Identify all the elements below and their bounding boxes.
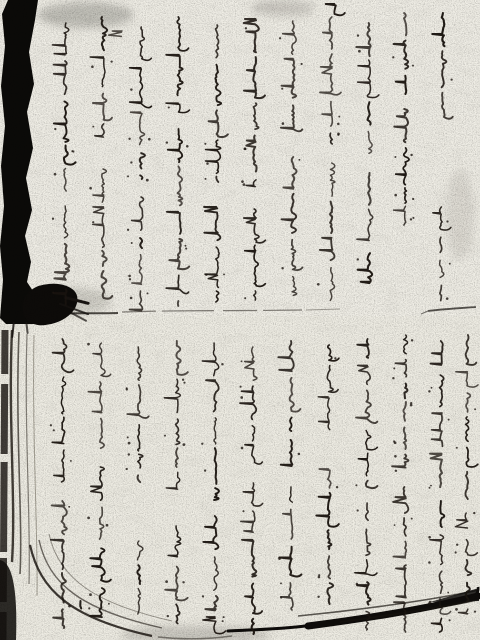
ink-dot bbox=[183, 443, 186, 446]
ink-dot bbox=[88, 607, 90, 609]
ink-dot bbox=[411, 339, 413, 341]
ink-stroke bbox=[64, 206, 68, 238]
ink-stroke bbox=[281, 440, 293, 466]
ink-drip bbox=[64, 296, 90, 305]
ink-stroke bbox=[319, 469, 330, 488]
ink-dot bbox=[92, 126, 94, 128]
ink-stroke bbox=[130, 68, 152, 108]
ink-stroke bbox=[358, 453, 368, 475]
ink-stroke bbox=[166, 472, 180, 489]
ink-stroke bbox=[366, 481, 377, 488]
ink-stroke bbox=[100, 507, 104, 539]
ink-stroke bbox=[54, 61, 67, 94]
ink-stroke bbox=[214, 418, 216, 444]
ink-dot bbox=[87, 517, 90, 520]
ink-stroke bbox=[368, 173, 371, 205]
ink-stroke bbox=[138, 454, 143, 468]
ink-dot bbox=[148, 138, 151, 141]
ink-stroke bbox=[206, 596, 218, 610]
ink-dot bbox=[52, 291, 54, 293]
ink-stroke bbox=[64, 169, 66, 191]
ink-drip bbox=[71, 312, 88, 322]
ink-stroke bbox=[323, 17, 332, 49]
upper-page bbox=[0, 0, 480, 312]
ink-stroke bbox=[316, 493, 339, 527]
ink-stroke bbox=[466, 417, 469, 442]
ink-dot bbox=[429, 601, 432, 604]
scan-smudge bbox=[252, 0, 314, 16]
ink-stroke bbox=[109, 31, 122, 36]
ink-stroke bbox=[206, 380, 219, 411]
ink-stroke bbox=[466, 540, 478, 556]
ink-stroke bbox=[440, 375, 444, 407]
ink-stroke bbox=[214, 488, 219, 500]
ink-dot bbox=[68, 605, 71, 608]
ink-stroke bbox=[241, 511, 255, 532]
ink-stroke bbox=[355, 560, 377, 576]
ink-dot bbox=[130, 161, 132, 163]
ink-dot bbox=[338, 116, 340, 118]
ink-stroke bbox=[215, 65, 221, 105]
bottom-edge-wedge bbox=[430, 588, 479, 602]
ink-stroke bbox=[396, 565, 406, 597]
ink-dot bbox=[204, 178, 206, 180]
ink-dot bbox=[126, 388, 128, 390]
ink-stroke bbox=[442, 93, 453, 119]
ink-dot bbox=[110, 60, 112, 62]
left-page-edges bbox=[18, 332, 21, 574]
ink-dot bbox=[393, 367, 395, 369]
ink-stroke bbox=[203, 617, 226, 634]
ink-dot bbox=[449, 263, 451, 265]
ink-dot bbox=[395, 470, 397, 472]
ink-dot bbox=[166, 141, 168, 143]
ink-dot bbox=[412, 217, 414, 219]
ink-stroke bbox=[51, 540, 64, 569]
ink-stroke bbox=[132, 197, 144, 230]
ink-dot bbox=[355, 484, 357, 486]
ink-stroke bbox=[215, 448, 217, 484]
ink-stroke bbox=[176, 419, 180, 444]
ink-dot bbox=[206, 162, 209, 165]
ink-dot bbox=[317, 283, 320, 286]
ink-stroke bbox=[432, 13, 444, 46]
ink-dot bbox=[428, 561, 431, 564]
ink-stroke bbox=[358, 253, 372, 283]
ink-dot bbox=[474, 611, 476, 613]
ink-stroke bbox=[290, 418, 292, 432]
ink-stroke bbox=[90, 57, 105, 87]
ink-dot bbox=[91, 65, 94, 68]
ink-dot bbox=[245, 27, 247, 29]
ink-stroke bbox=[466, 335, 477, 365]
ink-stroke bbox=[131, 112, 145, 144]
ink-dot bbox=[221, 363, 223, 365]
ink-dot bbox=[410, 218, 412, 220]
ink-dot bbox=[201, 443, 203, 445]
ink-dot bbox=[430, 485, 432, 487]
ink-stroke bbox=[209, 110, 228, 137]
ink-dot bbox=[394, 455, 397, 458]
ink-dot bbox=[205, 273, 208, 276]
ink-dot bbox=[448, 419, 450, 421]
ink-dot bbox=[87, 343, 90, 346]
ink-drip bbox=[11, 322, 15, 338]
ink-dot bbox=[223, 616, 225, 618]
ink-stroke bbox=[466, 393, 470, 412]
ink-stroke bbox=[168, 129, 182, 162]
ink-dot bbox=[126, 387, 128, 389]
ink-stroke bbox=[52, 417, 64, 443]
ink-dot bbox=[280, 596, 282, 598]
manuscript-scan bbox=[0, 0, 480, 640]
ink-stroke bbox=[392, 455, 408, 468]
ink-stroke bbox=[466, 448, 477, 467]
ink-stroke bbox=[245, 584, 262, 614]
left-page-edges bbox=[3, 330, 5, 640]
ink-dot bbox=[127, 436, 129, 438]
ink-dot bbox=[317, 596, 319, 598]
ink-dot bbox=[410, 402, 412, 404]
bottom-book-edge bbox=[228, 625, 312, 631]
ink-stroke bbox=[88, 382, 102, 413]
ink-stroke bbox=[403, 402, 406, 421]
ink-stroke bbox=[357, 209, 373, 240]
ink-stroke bbox=[358, 60, 379, 97]
ink-stroke bbox=[328, 345, 339, 361]
ink-stroke bbox=[254, 103, 259, 129]
ink-dot bbox=[446, 297, 449, 300]
ink-dot bbox=[106, 524, 109, 527]
ink-stroke bbox=[127, 385, 149, 418]
ink-stroke bbox=[216, 291, 219, 302]
scan-smudge bbox=[38, 2, 133, 28]
ink-dot bbox=[449, 619, 451, 621]
ink-dot bbox=[92, 221, 94, 223]
ink-stroke bbox=[404, 335, 408, 354]
ink-dot bbox=[222, 620, 224, 622]
ink-dot bbox=[334, 357, 336, 359]
ink-dot bbox=[72, 150, 74, 152]
ink-stroke bbox=[290, 487, 293, 502]
ink-stroke bbox=[281, 105, 302, 131]
ink-stroke bbox=[356, 390, 377, 423]
ink-stroke bbox=[459, 609, 468, 614]
ink-stroke bbox=[166, 103, 190, 113]
bottom-edge-hook bbox=[470, 587, 478, 600]
ink-dot bbox=[130, 297, 133, 300]
ink-stroke bbox=[466, 583, 470, 602]
ink-dot bbox=[182, 581, 184, 583]
scan-smudge bbox=[40, 288, 110, 314]
ink-dot bbox=[394, 194, 397, 197]
ink-dot bbox=[318, 574, 320, 576]
ink-stroke bbox=[254, 291, 256, 300]
ink-dot bbox=[394, 524, 396, 526]
ink-dot bbox=[455, 608, 458, 611]
ink-dot bbox=[89, 593, 92, 596]
left-page-edges bbox=[26, 334, 29, 584]
ink-stroke bbox=[138, 425, 140, 451]
ink-dot bbox=[394, 156, 396, 158]
ink-stroke bbox=[93, 343, 111, 377]
ink-stroke bbox=[404, 384, 407, 399]
ink-stroke bbox=[216, 25, 219, 58]
ink-stroke bbox=[138, 541, 143, 560]
ink-dot bbox=[241, 180, 244, 183]
ink-stroke bbox=[140, 175, 142, 179]
ink-dot bbox=[394, 441, 397, 444]
ink-stroke bbox=[167, 212, 181, 234]
ink-dot bbox=[357, 509, 359, 511]
ink-stroke bbox=[442, 51, 447, 87]
ink-stroke bbox=[432, 618, 443, 632]
ink-stroke bbox=[100, 419, 104, 449]
ink-dot bbox=[281, 88, 283, 90]
ink-stroke bbox=[204, 207, 220, 240]
ink-stroke bbox=[93, 207, 104, 247]
ink-dot bbox=[456, 447, 458, 449]
ink-stroke bbox=[93, 169, 106, 202]
ink-dot bbox=[127, 175, 129, 177]
ink-dot bbox=[244, 297, 246, 299]
ink-dot bbox=[127, 229, 129, 231]
ink-dot bbox=[428, 536, 431, 539]
ink-stroke bbox=[53, 289, 66, 304]
tonal-mottle bbox=[0, 0, 480, 640]
ink-dot bbox=[318, 576, 321, 579]
ink-dot bbox=[429, 487, 431, 489]
ink-stroke bbox=[320, 54, 341, 95]
ink-stroke bbox=[396, 76, 406, 94]
ink-stroke bbox=[292, 240, 303, 270]
ink-stroke bbox=[394, 41, 409, 69]
ink-stroke bbox=[396, 148, 409, 185]
ink-dot bbox=[473, 512, 475, 514]
ink-stroke bbox=[430, 454, 442, 488]
gutter-crease-line bbox=[122, 310, 302, 312]
ink-stroke bbox=[394, 602, 406, 632]
ink-stroke bbox=[205, 247, 219, 287]
ink-dot bbox=[428, 602, 430, 604]
ink-stroke bbox=[318, 397, 330, 430]
ink-dot bbox=[412, 65, 414, 67]
ink-stroke bbox=[164, 379, 180, 412]
ink-stroke bbox=[169, 239, 189, 269]
ink-stroke bbox=[456, 372, 478, 387]
corner-curl bbox=[39, 540, 162, 628]
ink-stroke bbox=[176, 448, 178, 467]
ink-stroke bbox=[440, 260, 444, 277]
ink-dot bbox=[447, 592, 449, 594]
ink-stroke bbox=[440, 598, 451, 614]
ink-stroke bbox=[404, 13, 407, 35]
ink-stroke bbox=[456, 513, 468, 528]
ink-dot bbox=[280, 582, 282, 584]
ink-stroke bbox=[93, 94, 112, 121]
ink-stroke bbox=[440, 285, 441, 300]
ink-dot bbox=[53, 429, 55, 431]
ink-dot bbox=[70, 460, 72, 462]
ink-stroke bbox=[330, 268, 334, 301]
ink-stroke bbox=[330, 133, 332, 144]
ink-stroke bbox=[80, 601, 81, 609]
ink-stroke bbox=[394, 206, 406, 225]
ink-dot bbox=[71, 150, 73, 152]
ink-dot bbox=[182, 379, 184, 381]
ink-stroke bbox=[214, 557, 218, 590]
bottom-book-edge bbox=[298, 590, 479, 616]
ink-stroke bbox=[322, 102, 332, 127]
ink-dot bbox=[223, 273, 225, 275]
ink-stroke bbox=[137, 565, 140, 584]
ink-dot bbox=[50, 424, 52, 426]
ink-dot bbox=[431, 387, 433, 389]
ink-stroke bbox=[178, 166, 183, 205]
scan-smudge bbox=[446, 170, 474, 260]
ink-stroke bbox=[245, 445, 262, 464]
ink-dot bbox=[474, 408, 476, 410]
ink-dot bbox=[337, 132, 340, 135]
ink-stroke bbox=[245, 245, 266, 286]
ink-dot bbox=[357, 34, 359, 36]
ink-dot bbox=[337, 123, 340, 126]
ink-stroke bbox=[368, 102, 371, 124]
gutter-crease-hook bbox=[421, 311, 428, 314]
ink-stroke bbox=[252, 426, 254, 441]
ink-dot bbox=[298, 159, 300, 161]
ink-stroke bbox=[465, 472, 468, 499]
ink-stroke bbox=[395, 360, 406, 377]
left-page-edges bbox=[34, 335, 38, 596]
ink-stroke bbox=[244, 19, 259, 52]
ink-stroke bbox=[55, 244, 70, 280]
corner-curl bbox=[30, 545, 152, 636]
ink-stroke bbox=[216, 177, 218, 183]
scan-smudge bbox=[120, 626, 270, 640]
gutter-crease-line bbox=[306, 309, 340, 310]
ink-dot bbox=[183, 382, 185, 384]
book-structure bbox=[0, 0, 480, 640]
ink-dot bbox=[204, 469, 206, 471]
ink-stroke bbox=[245, 347, 257, 380]
ink-dot bbox=[392, 377, 394, 379]
ink-dot bbox=[282, 122, 285, 125]
ink-dot bbox=[52, 218, 54, 220]
ink-dot bbox=[128, 442, 131, 445]
ink-stroke bbox=[176, 341, 187, 375]
ink-stroke bbox=[357, 582, 370, 604]
ink-stroke bbox=[61, 573, 66, 603]
ink-stroke bbox=[53, 609, 64, 628]
corner-ink-blotch bbox=[0, 560, 16, 640]
ink-stroke bbox=[439, 571, 442, 593]
ink-dot bbox=[450, 78, 452, 80]
ink-dot bbox=[68, 506, 70, 508]
ink-stroke bbox=[366, 431, 378, 450]
bottom-book-edge bbox=[308, 596, 478, 626]
ink-dot bbox=[298, 453, 301, 456]
ink-stroke bbox=[326, 4, 345, 15]
ink-dot bbox=[108, 603, 110, 605]
ink-stroke bbox=[292, 277, 297, 296]
ink-stroke bbox=[366, 612, 370, 631]
ink-dot bbox=[165, 580, 168, 583]
corner-curl bbox=[158, 636, 232, 639]
ink-stroke bbox=[279, 547, 301, 577]
ink-dot bbox=[131, 242, 133, 244]
ink-dot bbox=[240, 396, 243, 399]
ink-dot bbox=[240, 386, 242, 388]
ink-dot bbox=[281, 267, 283, 269]
ink-stroke bbox=[90, 588, 105, 617]
ink-stroke bbox=[138, 475, 141, 482]
ink-drip bbox=[25, 322, 28, 334]
ink-stroke bbox=[138, 589, 141, 614]
ink-dot bbox=[128, 138, 130, 140]
ink-dot bbox=[454, 551, 456, 553]
ink-drip bbox=[59, 303, 90, 316]
ink-stroke bbox=[368, 132, 372, 154]
ink-stroke bbox=[393, 542, 406, 558]
ink-stroke bbox=[140, 27, 151, 60]
ink-dot bbox=[410, 404, 413, 407]
ink-stroke bbox=[95, 124, 104, 137]
ink-dot bbox=[279, 37, 281, 39]
ink-stroke bbox=[283, 509, 293, 539]
ink-stroke bbox=[358, 366, 370, 385]
ink-stroke bbox=[102, 251, 107, 266]
ink-dot bbox=[204, 143, 206, 145]
ink-stroke bbox=[203, 516, 218, 549]
ink-stroke bbox=[54, 450, 64, 482]
ink-dot bbox=[243, 183, 246, 186]
ink-stroke bbox=[440, 237, 442, 252]
ink-dot bbox=[446, 220, 448, 222]
ink-stroke bbox=[282, 59, 297, 98]
ink-stroke bbox=[101, 17, 107, 50]
ink-stroke bbox=[440, 501, 444, 527]
ink-stroke bbox=[102, 271, 113, 299]
bottom-book-edge bbox=[340, 599, 479, 622]
ink-stroke bbox=[166, 55, 183, 95]
ink-dot bbox=[358, 50, 361, 53]
ink-dot bbox=[241, 360, 243, 362]
ink-stroke bbox=[240, 386, 256, 419]
ink-stroke bbox=[178, 301, 179, 306]
ink-stroke bbox=[327, 530, 331, 549]
ink-dot bbox=[241, 447, 244, 450]
ink-stroke bbox=[320, 238, 335, 260]
ink-stroke bbox=[330, 202, 332, 233]
ink-dot bbox=[393, 440, 395, 442]
ink-stroke bbox=[366, 503, 368, 520]
ink-dot bbox=[336, 486, 338, 488]
ink-dot bbox=[337, 134, 339, 136]
ink-dot bbox=[185, 245, 187, 247]
ink-dot bbox=[244, 147, 247, 150]
ink-stroke bbox=[394, 109, 408, 142]
ink-stroke bbox=[330, 163, 334, 196]
ink-stroke bbox=[91, 467, 104, 500]
ink-stroke bbox=[430, 535, 444, 565]
ink-stroke bbox=[242, 540, 256, 577]
ink-stroke bbox=[404, 518, 407, 536]
ink-stroke bbox=[327, 583, 333, 604]
ink-stroke bbox=[465, 560, 471, 575]
ink-dot bbox=[186, 145, 189, 148]
ink-dot bbox=[168, 106, 170, 108]
